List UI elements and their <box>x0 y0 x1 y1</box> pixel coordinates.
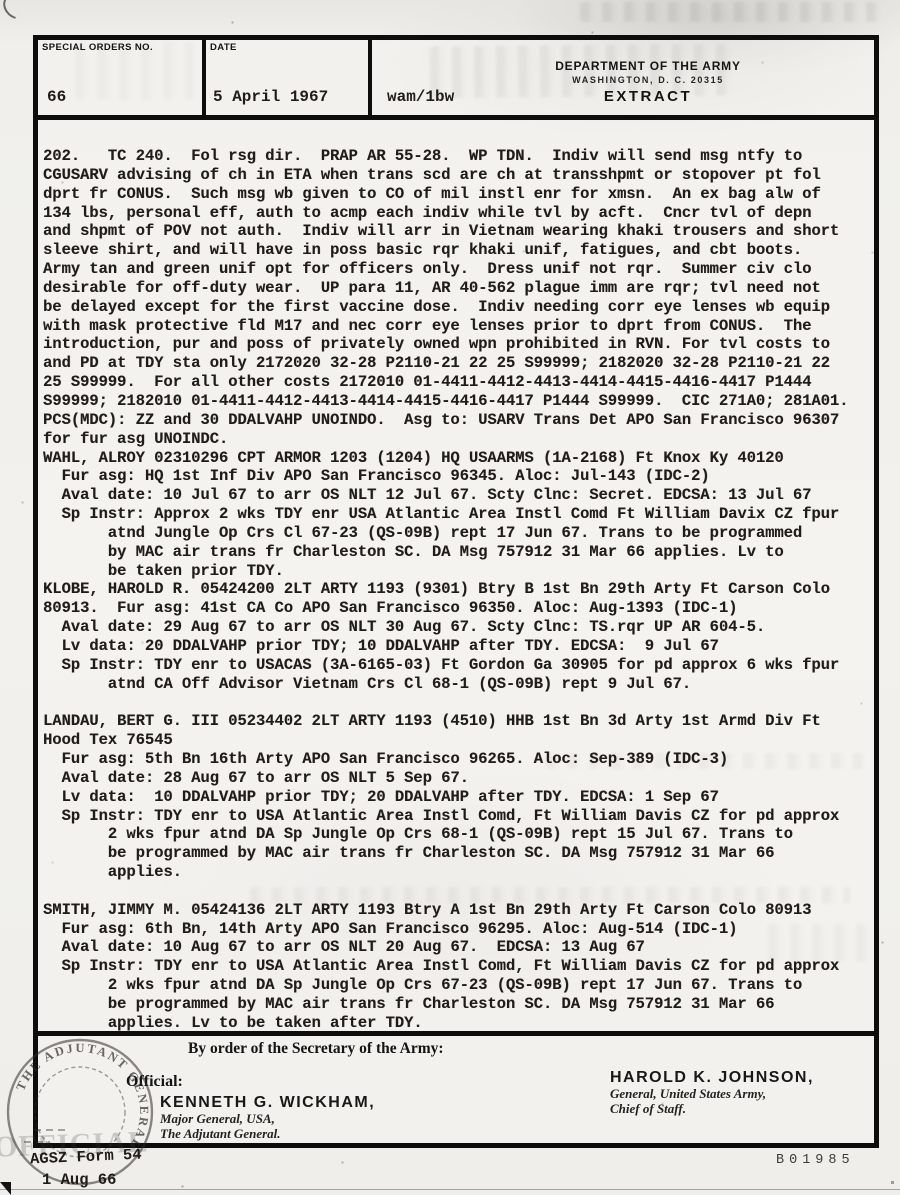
orders-body-text: 202. TC 240. Fol rsg dir. PRAP AR 55-28.… <box>38 120 874 1031</box>
extract-label: EXTRACT <box>518 88 778 105</box>
signer-title: The Adjutant General. <box>160 1127 375 1142</box>
signer-rank: Major General, USA, <box>160 1112 375 1127</box>
document-frame: SPECIAL ORDERS NO. 66 DATE 5 April 1967 … <box>33 35 879 1148</box>
date-label: DATE <box>210 42 237 53</box>
signer-name: KENNETH G. WICKHAM, <box>160 1094 375 1112</box>
reference-initials: wam/1bw <box>387 88 454 106</box>
adjutant-general-stamp: THE ADJUTANT GENERAL <box>0 1032 160 1192</box>
department-cell: wam/1bw DEPARTMENT OF THE ARMY WASHINGTO… <box>372 40 874 115</box>
special-orders-label: SPECIAL ORDERS NO. <box>42 42 153 53</box>
orders-header: SPECIAL ORDERS NO. 66 DATE 5 April 1967 … <box>38 40 874 120</box>
department-block: DEPARTMENT OF THE ARMY WASHINGTON, D. C.… <box>518 59 778 105</box>
scan-edge-line <box>0 1189 900 1190</box>
serial-number: B01985 <box>776 1153 855 1168</box>
signature-block-johnson: HAROLD K. JOHNSON, General, United State… <box>610 1069 814 1116</box>
form-date: 1 Aug 66 <box>42 1171 116 1189</box>
date-value: 5 April 1967 <box>213 88 328 106</box>
corner-artifact <box>0 1182 11 1195</box>
special-orders-number: 66 <box>47 88 66 106</box>
corner-pen-mark <box>0 0 21 19</box>
signature-block-wickham: KENNETH G. WICKHAM, Major General, USA, … <box>160 1094 375 1141</box>
date-cell: DATE 5 April 1967 <box>206 40 372 115</box>
document-page: SPECIAL ORDERS NO. 66 DATE 5 April 1967 … <box>0 0 900 1195</box>
by-order-line: By order of the Secretary of the Army: <box>188 1040 444 1058</box>
scan-specks <box>0 0 1 1</box>
department-address: WASHINGTON, D. C. 20315 <box>518 75 778 85</box>
orders-footer: By order of the Secretary of the Army: O… <box>38 1031 874 1143</box>
signer-rank: General, United States Army, <box>610 1087 814 1102</box>
special-orders-cell: SPECIAL ORDERS NO. 66 <box>38 40 206 115</box>
signer-name: HAROLD K. JOHNSON, <box>610 1069 814 1087</box>
scan-shadow-top <box>580 2 880 22</box>
signer-title: Chief of Staff. <box>610 1102 814 1117</box>
department-name: DEPARTMENT OF THE ARMY <box>518 59 778 73</box>
